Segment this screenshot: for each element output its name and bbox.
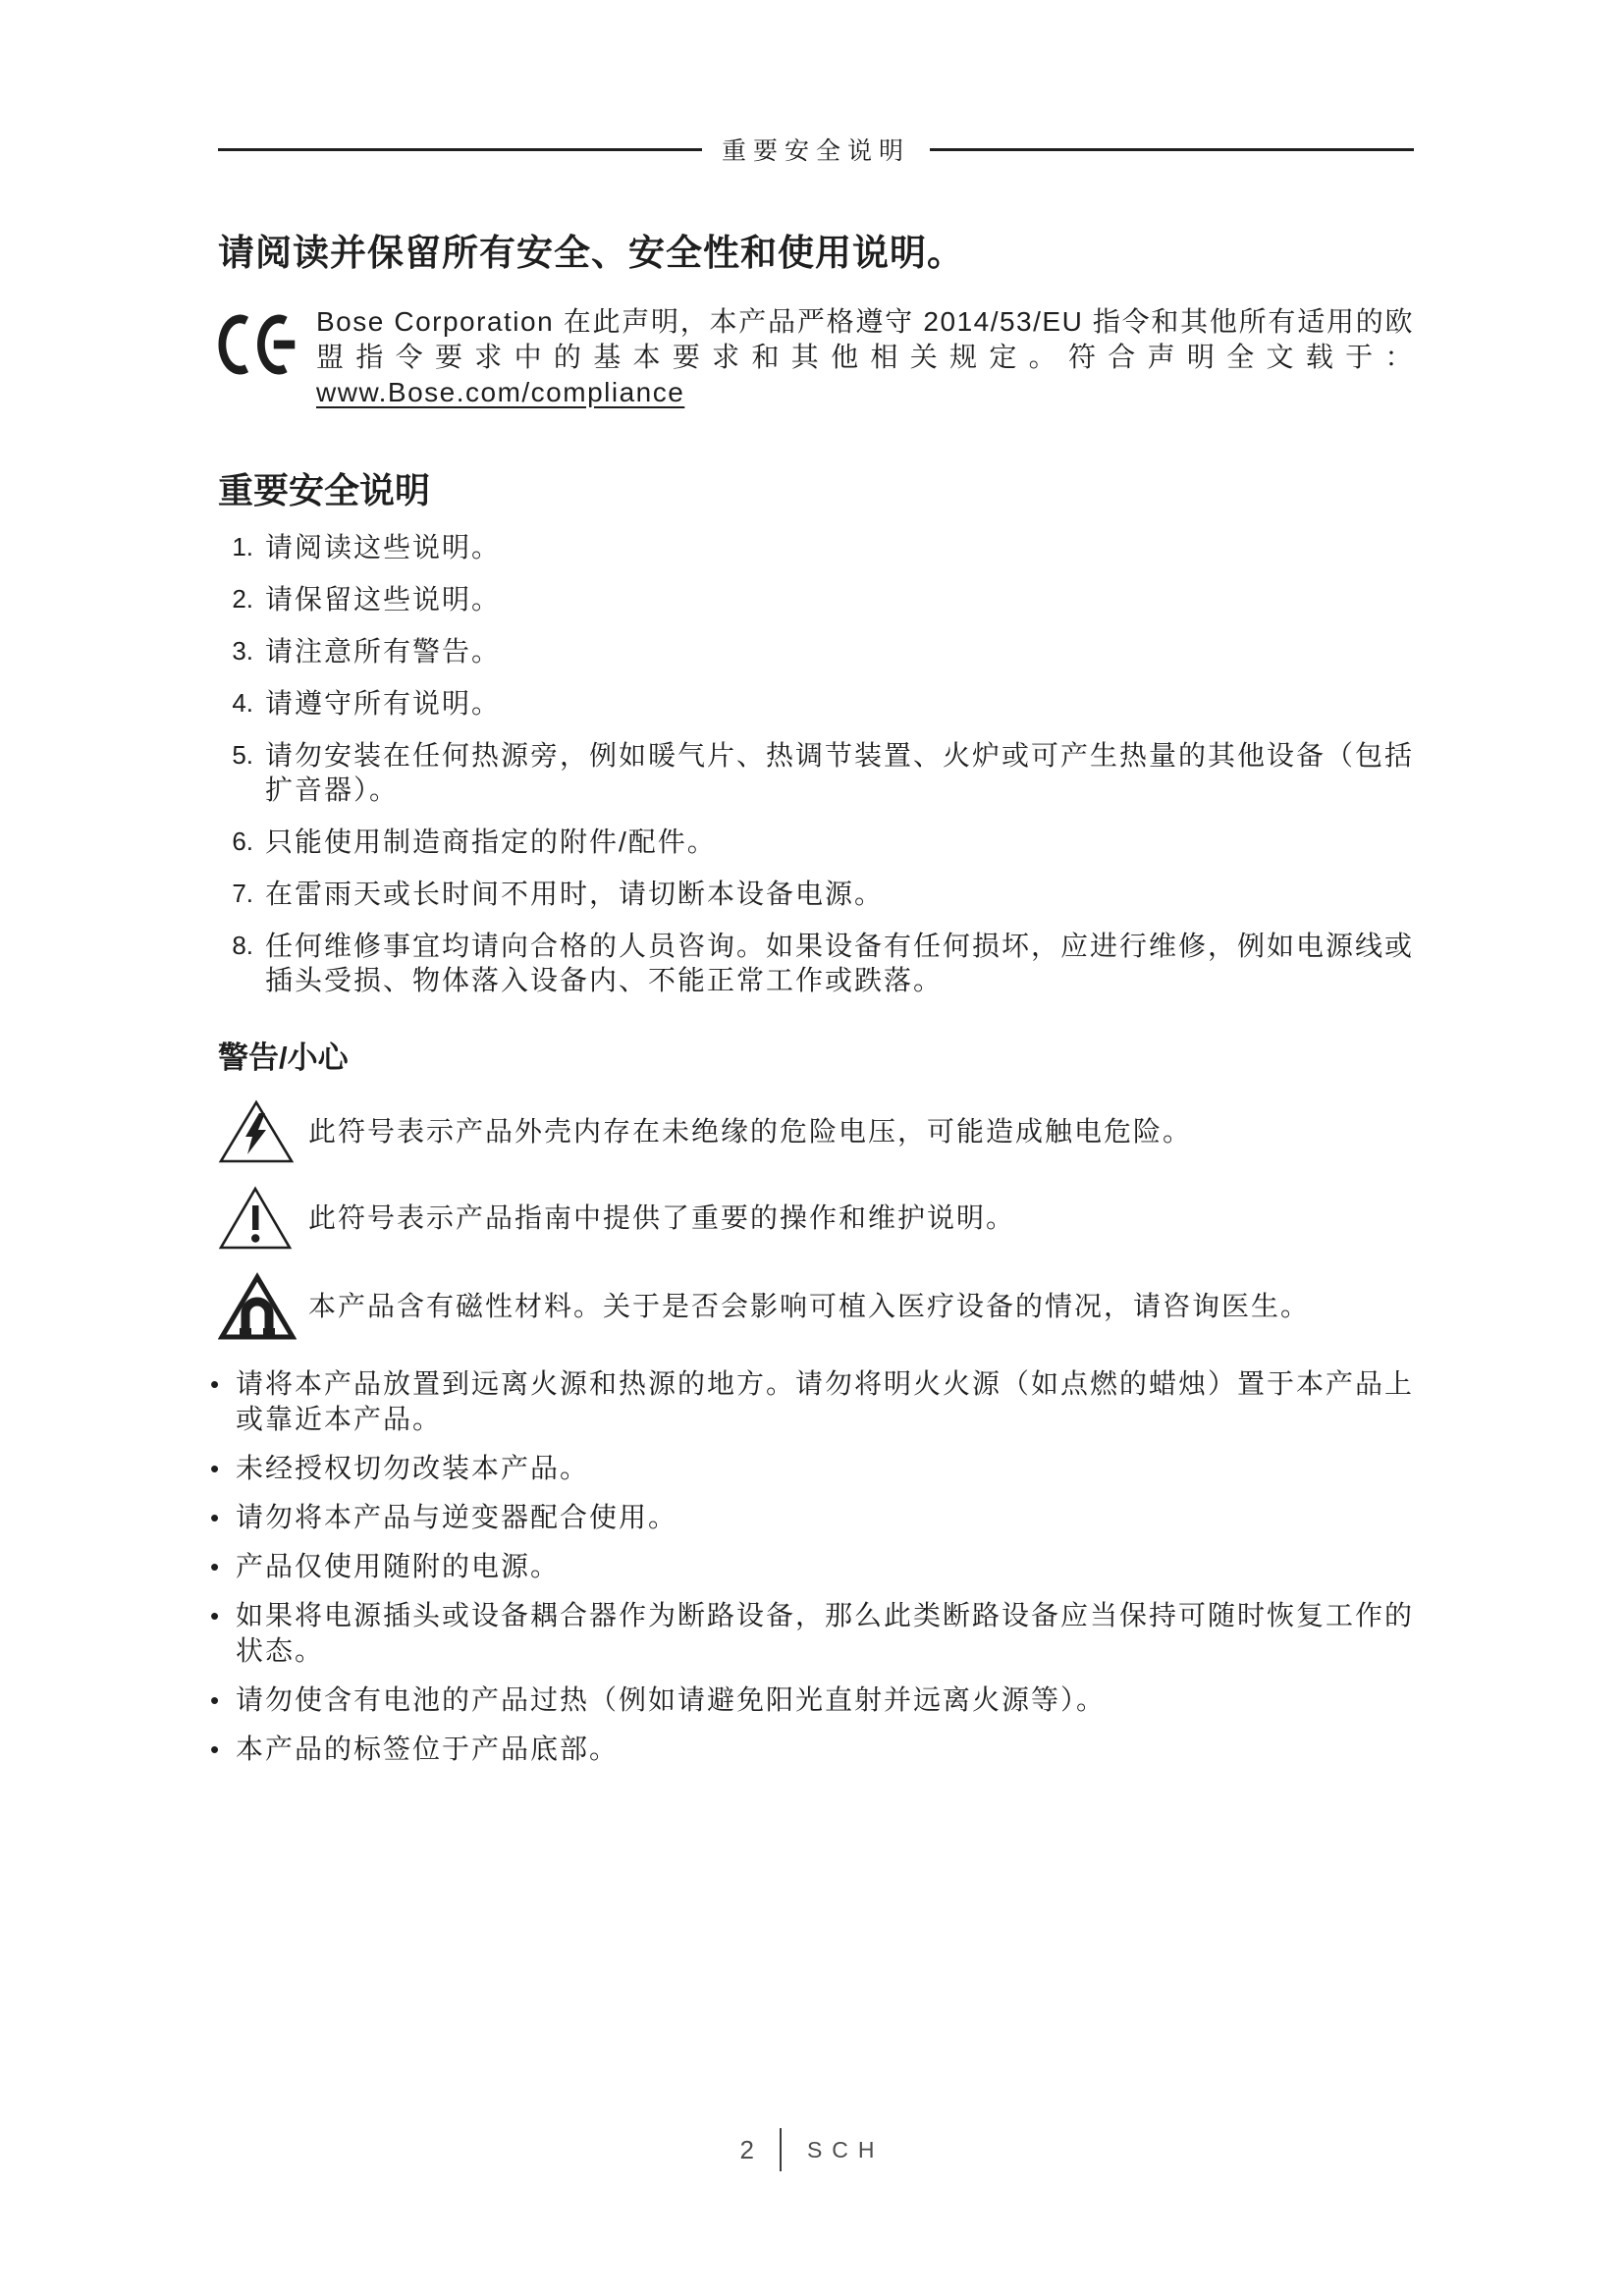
list-item: 2. 请保留这些说明。 [218,582,1414,616]
item-number: 7. [218,877,253,911]
list-item: 7. 在雷雨天或长时间不用时，请切断本设备电源。 [218,877,1414,911]
warning-row: 此符号表示产品指南中提供了重要的操作和维护说明。 [218,1186,1414,1251]
warning-text: 此符号表示产品指南中提供了重要的操作和维护说明。 [308,1201,1414,1236]
item-text: 请保留这些说明。 [265,582,1414,616]
item-number: 8. [218,929,253,997]
main-heading: 请阅读并保留所有安全、安全性和使用说明。 [218,232,1414,275]
bullet-marker: • [210,1500,236,1535]
footer-divider [780,2128,782,2171]
warning-row: 此符号表示产品外壳内存在未绝缘的危险电压，可能造成触电危险。 [218,1099,1414,1164]
ce-mark-logo [218,304,316,375]
item-text: 请阅读这些说明。 [265,530,1414,564]
list-item: 1. 请阅读这些说明。 [218,530,1414,564]
page-number: 2 [739,2135,753,2165]
warning-text: 本产品含有磁性材料。关于是否会影响可植入医疗设备的情况，请咨询医生。 [308,1289,1414,1324]
exclamation-triangle-icon [218,1186,308,1251]
ce-statement-body: Bose Corporation 在此声明，本产品严格遵守 2014/53/EU… [316,306,1414,372]
item-number: 4. [218,686,253,721]
item-number: 2. [218,582,253,616]
bullet-marker: • [210,1366,236,1437]
bullet-marker: • [210,1682,236,1718]
compliance-link[interactable]: www.Bose.com/compliance [316,377,684,407]
warning-row: 本产品含有磁性材料。关于是否会影响可植入医疗设备的情况，请咨询医生。 [218,1272,1414,1341]
warnings-heading: 警告/小心 [218,1039,1414,1078]
bullet-item: • 未经授权切勿改装本产品。 [210,1451,1414,1486]
bullet-item: • 产品仅使用随附的电源。 [210,1549,1414,1584]
bullet-item: • 如果将电源插头或设备耦合器作为断路设备，那么此类断路设备应当保持可随时恢复工… [210,1598,1414,1669]
bullet-marker: • [210,1732,236,1767]
header-title: 重要安全说明 [702,132,930,167]
magnet-triangle-icon [218,1272,308,1341]
bullet-text: 请将本产品放置到远离火源和热源的地方。请勿将明火火源（如点燃的蜡烛）置于本产品上… [236,1366,1414,1437]
item-text: 在雷雨天或长时间不用时，请切断本设备电源。 [265,877,1414,911]
bullet-marker: • [210,1598,236,1669]
item-number: 5. [218,738,253,807]
item-number: 6. [218,825,253,859]
numbered-instructions-list: 1. 请阅读这些说明。 2. 请保留这些说明。 3. 请注意所有警告。 4. 请… [218,530,1414,997]
list-item: 4. 请遵守所有说明。 [218,686,1414,721]
high-voltage-triangle-icon [218,1099,308,1164]
item-number: 3. [218,634,253,668]
bullet-item: • 本产品的标签位于产品底部。 [210,1732,1414,1767]
bullet-marker: • [210,1451,236,1486]
header-rule-right [930,148,1414,151]
bullet-item: • 请勿将本产品与逆变器配合使用。 [210,1500,1414,1535]
item-text: 请注意所有警告。 [265,634,1414,668]
section-heading: 重要安全说明 [218,469,1414,512]
item-text: 任何维修事宜均请向合格的人员咨询。如果设备有任何损坏，应进行维修，例如电源线或插… [265,929,1414,997]
bullet-text: 请勿将本产品与逆变器配合使用。 [236,1500,1414,1535]
bullet-text: 如果将电源插头或设备耦合器作为断路设备，那么此类断路设备应当保持可随时恢复工作的… [236,1598,1414,1669]
bullet-marker: • [210,1549,236,1584]
bullet-item: • 请将本产品放置到远离火源和热源的地方。请勿将明火火源（如点燃的蜡烛）置于本产… [210,1366,1414,1437]
ce-declaration: Bose Corporation 在此声明，本产品严格遵守 2014/53/EU… [218,304,1414,410]
list-item: 6. 只能使用制造商指定的附件/配件。 [218,825,1414,859]
list-item: 8. 任何维修事宜均请向合格的人员咨询。如果设备有任何损坏，应进行维修，例如电源… [218,929,1414,997]
bullet-text: 本产品的标签位于产品底部。 [236,1732,1414,1767]
bullet-text: 请勿使含有电池的产品过热（例如请避免阳光直射并远离火源等）。 [236,1682,1414,1718]
header-rule-left [218,148,702,151]
document-page: 重要安全说明 请阅读并保留所有安全、安全性和使用说明。 Bose Corpora… [0,0,1624,2296]
bullet-item: • 请勿使含有电池的产品过热（例如请避免阳光直射并远离火源等）。 [210,1682,1414,1718]
item-text: 请勿安装在任何热源旁，例如暖气片、热调节装置、火炉或可产生热量的其他设备（包括扩… [265,738,1414,807]
item-text: 只能使用制造商指定的附件/配件。 [265,825,1414,859]
safety-bullet-list: • 请将本产品放置到远离火源和热源的地方。请勿将明火火源（如点燃的蜡烛）置于本产… [210,1366,1414,1767]
page-footer: 2 SCH [0,2128,1624,2171]
warning-text: 此符号表示产品外壳内存在未绝缘的危险电压，可能造成触电危险。 [308,1114,1414,1149]
footer-section-code: SCH [807,2137,885,2163]
list-item: 5. 请勿安装在任何热源旁，例如暖气片、热调节装置、火炉或可产生热量的其他设备（… [218,738,1414,807]
bullet-text: 产品仅使用随附的电源。 [236,1549,1414,1584]
item-text: 请遵守所有说明。 [265,686,1414,721]
page-header: 重要安全说明 [218,132,1414,167]
list-item: 3. 请注意所有警告。 [218,634,1414,668]
item-number: 1. [218,530,253,564]
ce-statement-text: Bose Corporation 在此声明，本产品严格遵守 2014/53/EU… [316,304,1414,410]
bullet-text: 未经授权切勿改装本产品。 [236,1451,1414,1486]
